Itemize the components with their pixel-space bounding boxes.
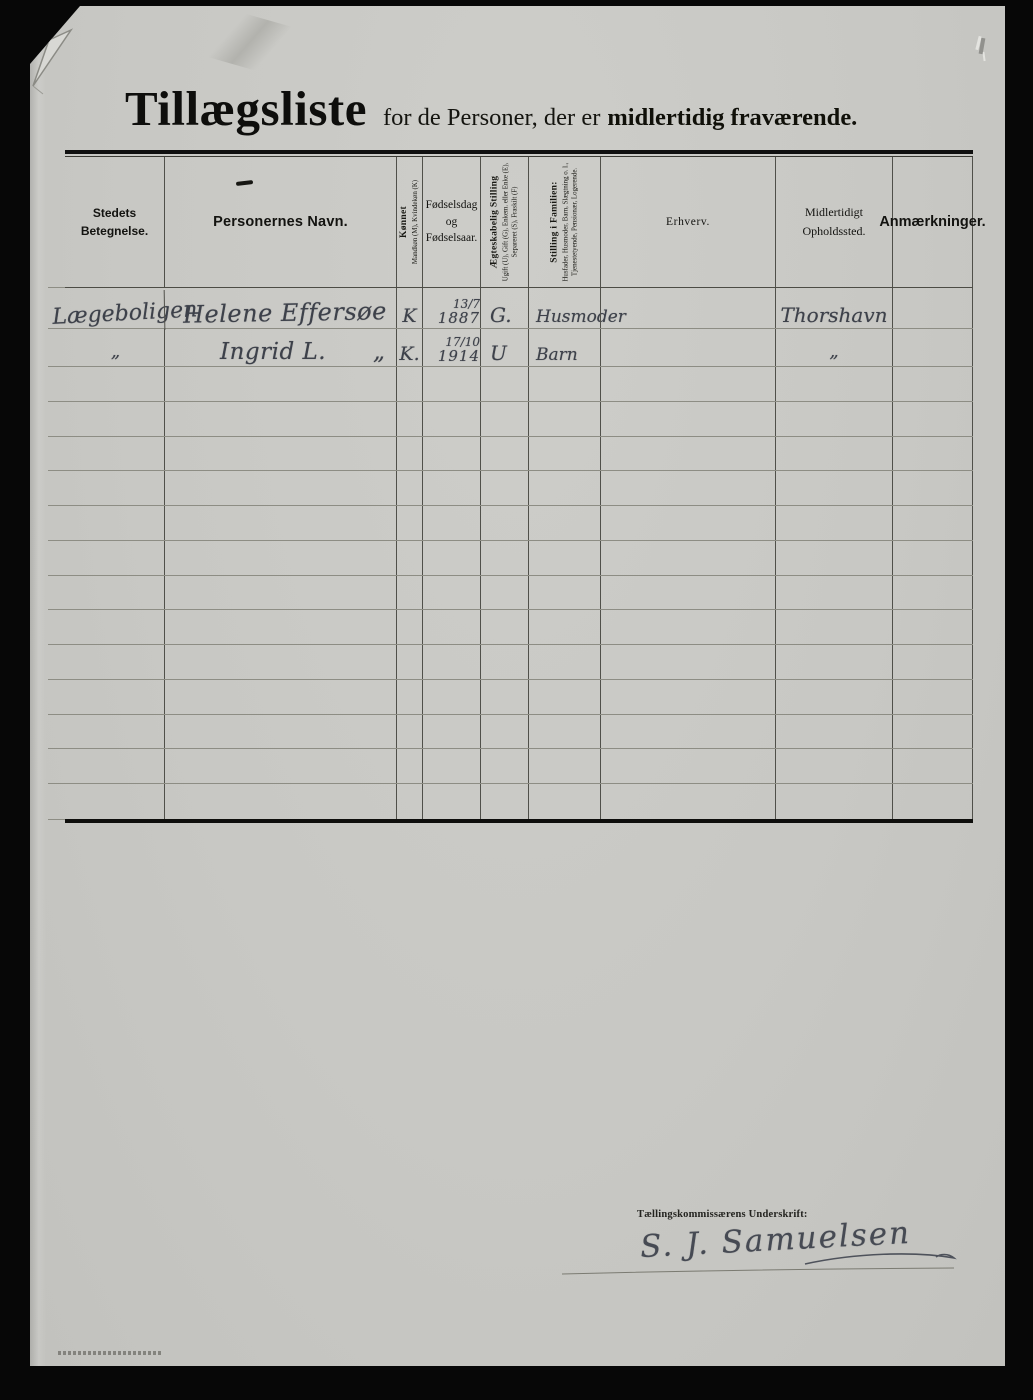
cell-personernes-navn bbox=[164, 437, 396, 471]
cell-stedets-betegnelse: „ bbox=[65, 329, 164, 366]
cell-erhverv bbox=[600, 610, 775, 644]
header-stilling-i-familien: Stilling i Familien: Husfader, Husmoder,… bbox=[528, 157, 600, 287]
cell-aegteskabelig-stilling bbox=[480, 576, 528, 610]
cell-fodselsdag bbox=[422, 367, 480, 401]
cell-personernes-navn bbox=[164, 367, 396, 401]
cell-stilling-i-familien bbox=[528, 506, 600, 540]
cell-anmaerkninger bbox=[892, 610, 973, 644]
census-table: Stedets Betegnelse. Personernes Navn. Kø… bbox=[65, 150, 973, 823]
table-row bbox=[65, 680, 973, 715]
cell-opholdssted bbox=[775, 437, 892, 471]
cell-stilling-i-familien bbox=[528, 402, 600, 436]
page-edge-shade bbox=[30, 6, 46, 1366]
header-konnet: Kønnet Mandkøn (M), Kvindekøn (K) bbox=[396, 157, 422, 287]
cell-konnet bbox=[396, 680, 422, 714]
cell-personernes-navn bbox=[164, 784, 396, 819]
birth-year: 1914 bbox=[438, 347, 480, 365]
cell-aegteskabelig-stilling bbox=[480, 645, 528, 679]
cell-opholdssted bbox=[775, 506, 892, 540]
cell-konnet bbox=[396, 749, 422, 783]
cell-stilling-i-familien bbox=[528, 541, 600, 575]
cell-stedets-betegnelse: Lægeboligen bbox=[49, 285, 165, 331]
cell-fodselsdag bbox=[422, 680, 480, 714]
cell-konnet bbox=[396, 610, 422, 644]
cell-erhverv bbox=[600, 329, 775, 366]
cell-anmaerkninger bbox=[892, 784, 973, 819]
cell-stedets-betegnelse bbox=[65, 749, 164, 783]
cell-personernes-navn bbox=[164, 645, 396, 679]
cell-anmaerkninger bbox=[892, 645, 973, 679]
cell-personernes-navn bbox=[164, 402, 396, 436]
cell-aegteskabelig-stilling bbox=[480, 437, 528, 471]
corner-fold-artifact bbox=[29, 24, 93, 98]
cell-erhverv bbox=[600, 715, 775, 749]
cell-konnet bbox=[396, 437, 422, 471]
cell-aegteskabelig-stilling: G. bbox=[480, 288, 528, 328]
cell-anmaerkninger bbox=[892, 329, 973, 366]
scan-spot-artifact bbox=[982, 52, 985, 61]
cell-opholdssted bbox=[775, 749, 892, 783]
table-body: Lægeboligen Helene Effersøe K 13/7 1887 … bbox=[65, 288, 973, 819]
cell-konnet bbox=[396, 576, 422, 610]
table-row bbox=[65, 645, 973, 680]
cell-opholdssted bbox=[775, 541, 892, 575]
cell-anmaerkninger bbox=[892, 367, 973, 401]
header-konnet-main: Kønnet bbox=[399, 161, 411, 283]
birth-year: 1887 bbox=[438, 309, 480, 327]
cell-stedets-betegnelse bbox=[65, 610, 164, 644]
table-row: Lægeboligen Helene Effersøe K 13/7 1887 … bbox=[65, 288, 973, 329]
cell-erhverv bbox=[600, 367, 775, 401]
cell-konnet: K bbox=[396, 288, 422, 328]
cell-opholdssted bbox=[775, 784, 892, 819]
cell-opholdssted bbox=[775, 576, 892, 610]
cell-aegteskabelig-stilling bbox=[480, 471, 528, 505]
cell-fodselsdag bbox=[422, 437, 480, 471]
cell-anmaerkninger bbox=[892, 471, 973, 505]
title-subtitle: for de Personer, der er bbox=[383, 104, 600, 131]
cell-personernes-navn bbox=[164, 610, 396, 644]
cell-personernes-navn: Ingrid L. „ bbox=[164, 329, 396, 366]
cell-opholdssted bbox=[775, 680, 892, 714]
table-row bbox=[65, 402, 973, 437]
cell-stedets-betegnelse bbox=[65, 576, 164, 610]
cell-fodselsdag bbox=[422, 471, 480, 505]
cell-erhverv bbox=[600, 541, 775, 575]
header-aegteskab-sub: Ugift (U), Gift (G), Enkem. eller Enke (… bbox=[502, 161, 520, 283]
cell-stedets-betegnelse bbox=[65, 680, 164, 714]
signature-label: Tællingskommissærens Underskrift: bbox=[637, 1209, 808, 1220]
table-row bbox=[65, 541, 973, 576]
cell-aegteskabelig-stilling bbox=[480, 680, 528, 714]
cell-fodselsdag bbox=[422, 645, 480, 679]
cell-anmaerkninger bbox=[892, 680, 973, 714]
cell-stedets-betegnelse bbox=[65, 506, 164, 540]
cell-konnet bbox=[396, 645, 422, 679]
cell-fodselsdag bbox=[422, 402, 480, 436]
header-erhverv: Erhverv. bbox=[600, 157, 775, 287]
cell-aegteskabelig-stilling bbox=[480, 367, 528, 401]
table-row bbox=[65, 506, 973, 541]
table-row bbox=[65, 437, 973, 472]
cell-stedets-betegnelse bbox=[65, 437, 164, 471]
cell-anmaerkninger bbox=[892, 506, 973, 540]
cell-erhverv bbox=[600, 402, 775, 436]
cell-stilling-i-familien bbox=[528, 645, 600, 679]
cell-stilling-i-familien bbox=[528, 437, 600, 471]
cell-erhverv bbox=[600, 680, 775, 714]
cell-erhverv bbox=[600, 437, 775, 471]
header-fodselsdag: Fødselsdag og Fødselsaar. bbox=[422, 157, 480, 287]
cell-stilling-i-familien bbox=[528, 715, 600, 749]
header-aegteskabelig-stilling: Ægteskabelig Stilling Ugift (U), Gift (G… bbox=[480, 157, 528, 287]
cell-aegteskabelig-stilling bbox=[480, 749, 528, 783]
cell-erhverv bbox=[600, 506, 775, 540]
cell-anmaerkninger bbox=[892, 749, 973, 783]
cell-konnet bbox=[396, 367, 422, 401]
cell-aegteskabelig-stilling: U bbox=[480, 329, 528, 366]
cell-stedets-betegnelse bbox=[65, 784, 164, 819]
table-row: „ Ingrid L. „ K. 17/10 1914 U Barn „ bbox=[65, 329, 973, 367]
cell-anmaerkninger bbox=[892, 715, 973, 749]
table-row bbox=[65, 715, 973, 750]
cell-personernes-navn bbox=[164, 715, 396, 749]
table-row bbox=[65, 610, 973, 645]
cell-anmaerkninger bbox=[892, 437, 973, 471]
cell-opholdssted: „ bbox=[775, 329, 892, 366]
cell-personernes-navn bbox=[164, 506, 396, 540]
cell-opholdssted bbox=[775, 471, 892, 505]
cell-personernes-navn bbox=[164, 576, 396, 610]
cell-aegteskabelig-stilling bbox=[480, 610, 528, 644]
header-stedets-betegnelse: Stedets Betegnelse. bbox=[65, 157, 164, 287]
cell-anmaerkninger bbox=[892, 288, 973, 328]
cell-stilling-i-familien: Husmoder bbox=[528, 288, 600, 328]
page-title: Tillægslistefor de Personer, der ermidle… bbox=[125, 80, 857, 137]
cell-erhverv bbox=[600, 749, 775, 783]
scan-crease-artifact bbox=[197, 4, 304, 80]
cell-konnet bbox=[396, 506, 422, 540]
cell-stedets-betegnelse bbox=[65, 402, 164, 436]
table-row bbox=[65, 367, 973, 402]
printer-imprint bbox=[58, 1351, 162, 1355]
cell-aegteskabelig-stilling bbox=[480, 402, 528, 436]
cell-opholdssted bbox=[775, 402, 892, 436]
table-row bbox=[65, 749, 973, 784]
cell-opholdssted bbox=[775, 367, 892, 401]
header-konnet-sub: Mandkøn (M), Kvindekøn (K) bbox=[411, 161, 420, 283]
cell-anmaerkninger bbox=[892, 541, 973, 575]
cell-stedets-betegnelse bbox=[65, 367, 164, 401]
cell-konnet bbox=[396, 541, 422, 575]
title-main: Tillægsliste bbox=[125, 81, 367, 136]
cell-opholdssted bbox=[775, 645, 892, 679]
table-row bbox=[65, 471, 973, 506]
header-stilling-sub: Husfader, Husmoder, Barn, Slægtning o. l… bbox=[562, 161, 580, 283]
cell-aegteskabelig-stilling bbox=[480, 715, 528, 749]
header-stilling-main: Stilling i Familien: bbox=[549, 161, 561, 283]
cell-fodselsdag bbox=[422, 506, 480, 540]
cell-stedets-betegnelse bbox=[65, 645, 164, 679]
table-header: Stedets Betegnelse. Personernes Navn. Kø… bbox=[65, 157, 973, 288]
cell-stilling-i-familien bbox=[528, 576, 600, 610]
cell-erhverv bbox=[600, 784, 775, 819]
cell-anmaerkninger bbox=[892, 576, 973, 610]
cell-fodselsdag bbox=[422, 749, 480, 783]
table-row bbox=[65, 784, 973, 819]
cell-stedets-betegnelse bbox=[65, 541, 164, 575]
cell-stilling-i-familien bbox=[528, 471, 600, 505]
cell-stilling-i-familien bbox=[528, 680, 600, 714]
cell-opholdssted bbox=[775, 715, 892, 749]
cell-personernes-navn bbox=[164, 749, 396, 783]
header-aegteskab-main: Ægteskabelig Stilling bbox=[489, 161, 501, 283]
title-subtitle-bold: midlertidig fraværende. bbox=[607, 104, 857, 131]
cell-erhverv bbox=[600, 645, 775, 679]
cell-fodselsdag bbox=[422, 576, 480, 610]
cell-opholdssted bbox=[775, 610, 892, 644]
table-row bbox=[65, 576, 973, 611]
cell-erhverv bbox=[600, 288, 775, 328]
cell-konnet: K. bbox=[396, 329, 422, 366]
cell-fodselsdag: 17/10 1914 bbox=[422, 329, 480, 366]
cell-konnet bbox=[396, 784, 422, 819]
cell-aegteskabelig-stilling bbox=[480, 784, 528, 819]
cell-fodselsdag bbox=[422, 784, 480, 819]
cell-personernes-navn bbox=[164, 680, 396, 714]
cell-stilling-i-familien bbox=[528, 749, 600, 783]
cell-anmaerkninger bbox=[892, 402, 973, 436]
cell-konnet bbox=[396, 715, 422, 749]
cell-personernes-navn bbox=[164, 541, 396, 575]
cell-fodselsdag bbox=[422, 610, 480, 644]
scanned-census-form: { "title": { "main": "Tillægsliste", "su… bbox=[0, 0, 1033, 1400]
cell-fodselsdag bbox=[422, 715, 480, 749]
cell-konnet bbox=[396, 471, 422, 505]
header-anmaerkninger: Anmærkninger. bbox=[892, 157, 973, 287]
cell-erhverv bbox=[600, 576, 775, 610]
cell-erhverv bbox=[600, 471, 775, 505]
cell-aegteskabelig-stilling bbox=[480, 506, 528, 540]
cell-konnet bbox=[396, 402, 422, 436]
cell-personernes-navn bbox=[164, 471, 396, 505]
cell-stilling-i-familien bbox=[528, 784, 600, 819]
cell-stedets-betegnelse bbox=[65, 715, 164, 749]
cell-fodselsdag bbox=[422, 541, 480, 575]
header-opholdssted: Midlertidigt Opholdssted. bbox=[775, 157, 892, 287]
cell-stilling-i-familien: Barn bbox=[528, 329, 600, 366]
cell-stilling-i-familien bbox=[528, 367, 600, 401]
cell-opholdssted: Thorshavn bbox=[775, 288, 892, 328]
cell-stedets-betegnelse bbox=[65, 471, 164, 505]
document-page: Tillægslistefor de Personer, der ermidle… bbox=[30, 6, 1005, 1366]
header-personernes-navn: Personernes Navn. bbox=[164, 157, 396, 287]
cell-aegteskabelig-stilling bbox=[480, 541, 528, 575]
cell-stilling-i-familien bbox=[528, 610, 600, 644]
cell-personernes-navn: Helene Effersøe bbox=[164, 286, 397, 330]
cell-fodselsdag: 13/7 1887 bbox=[422, 288, 480, 328]
